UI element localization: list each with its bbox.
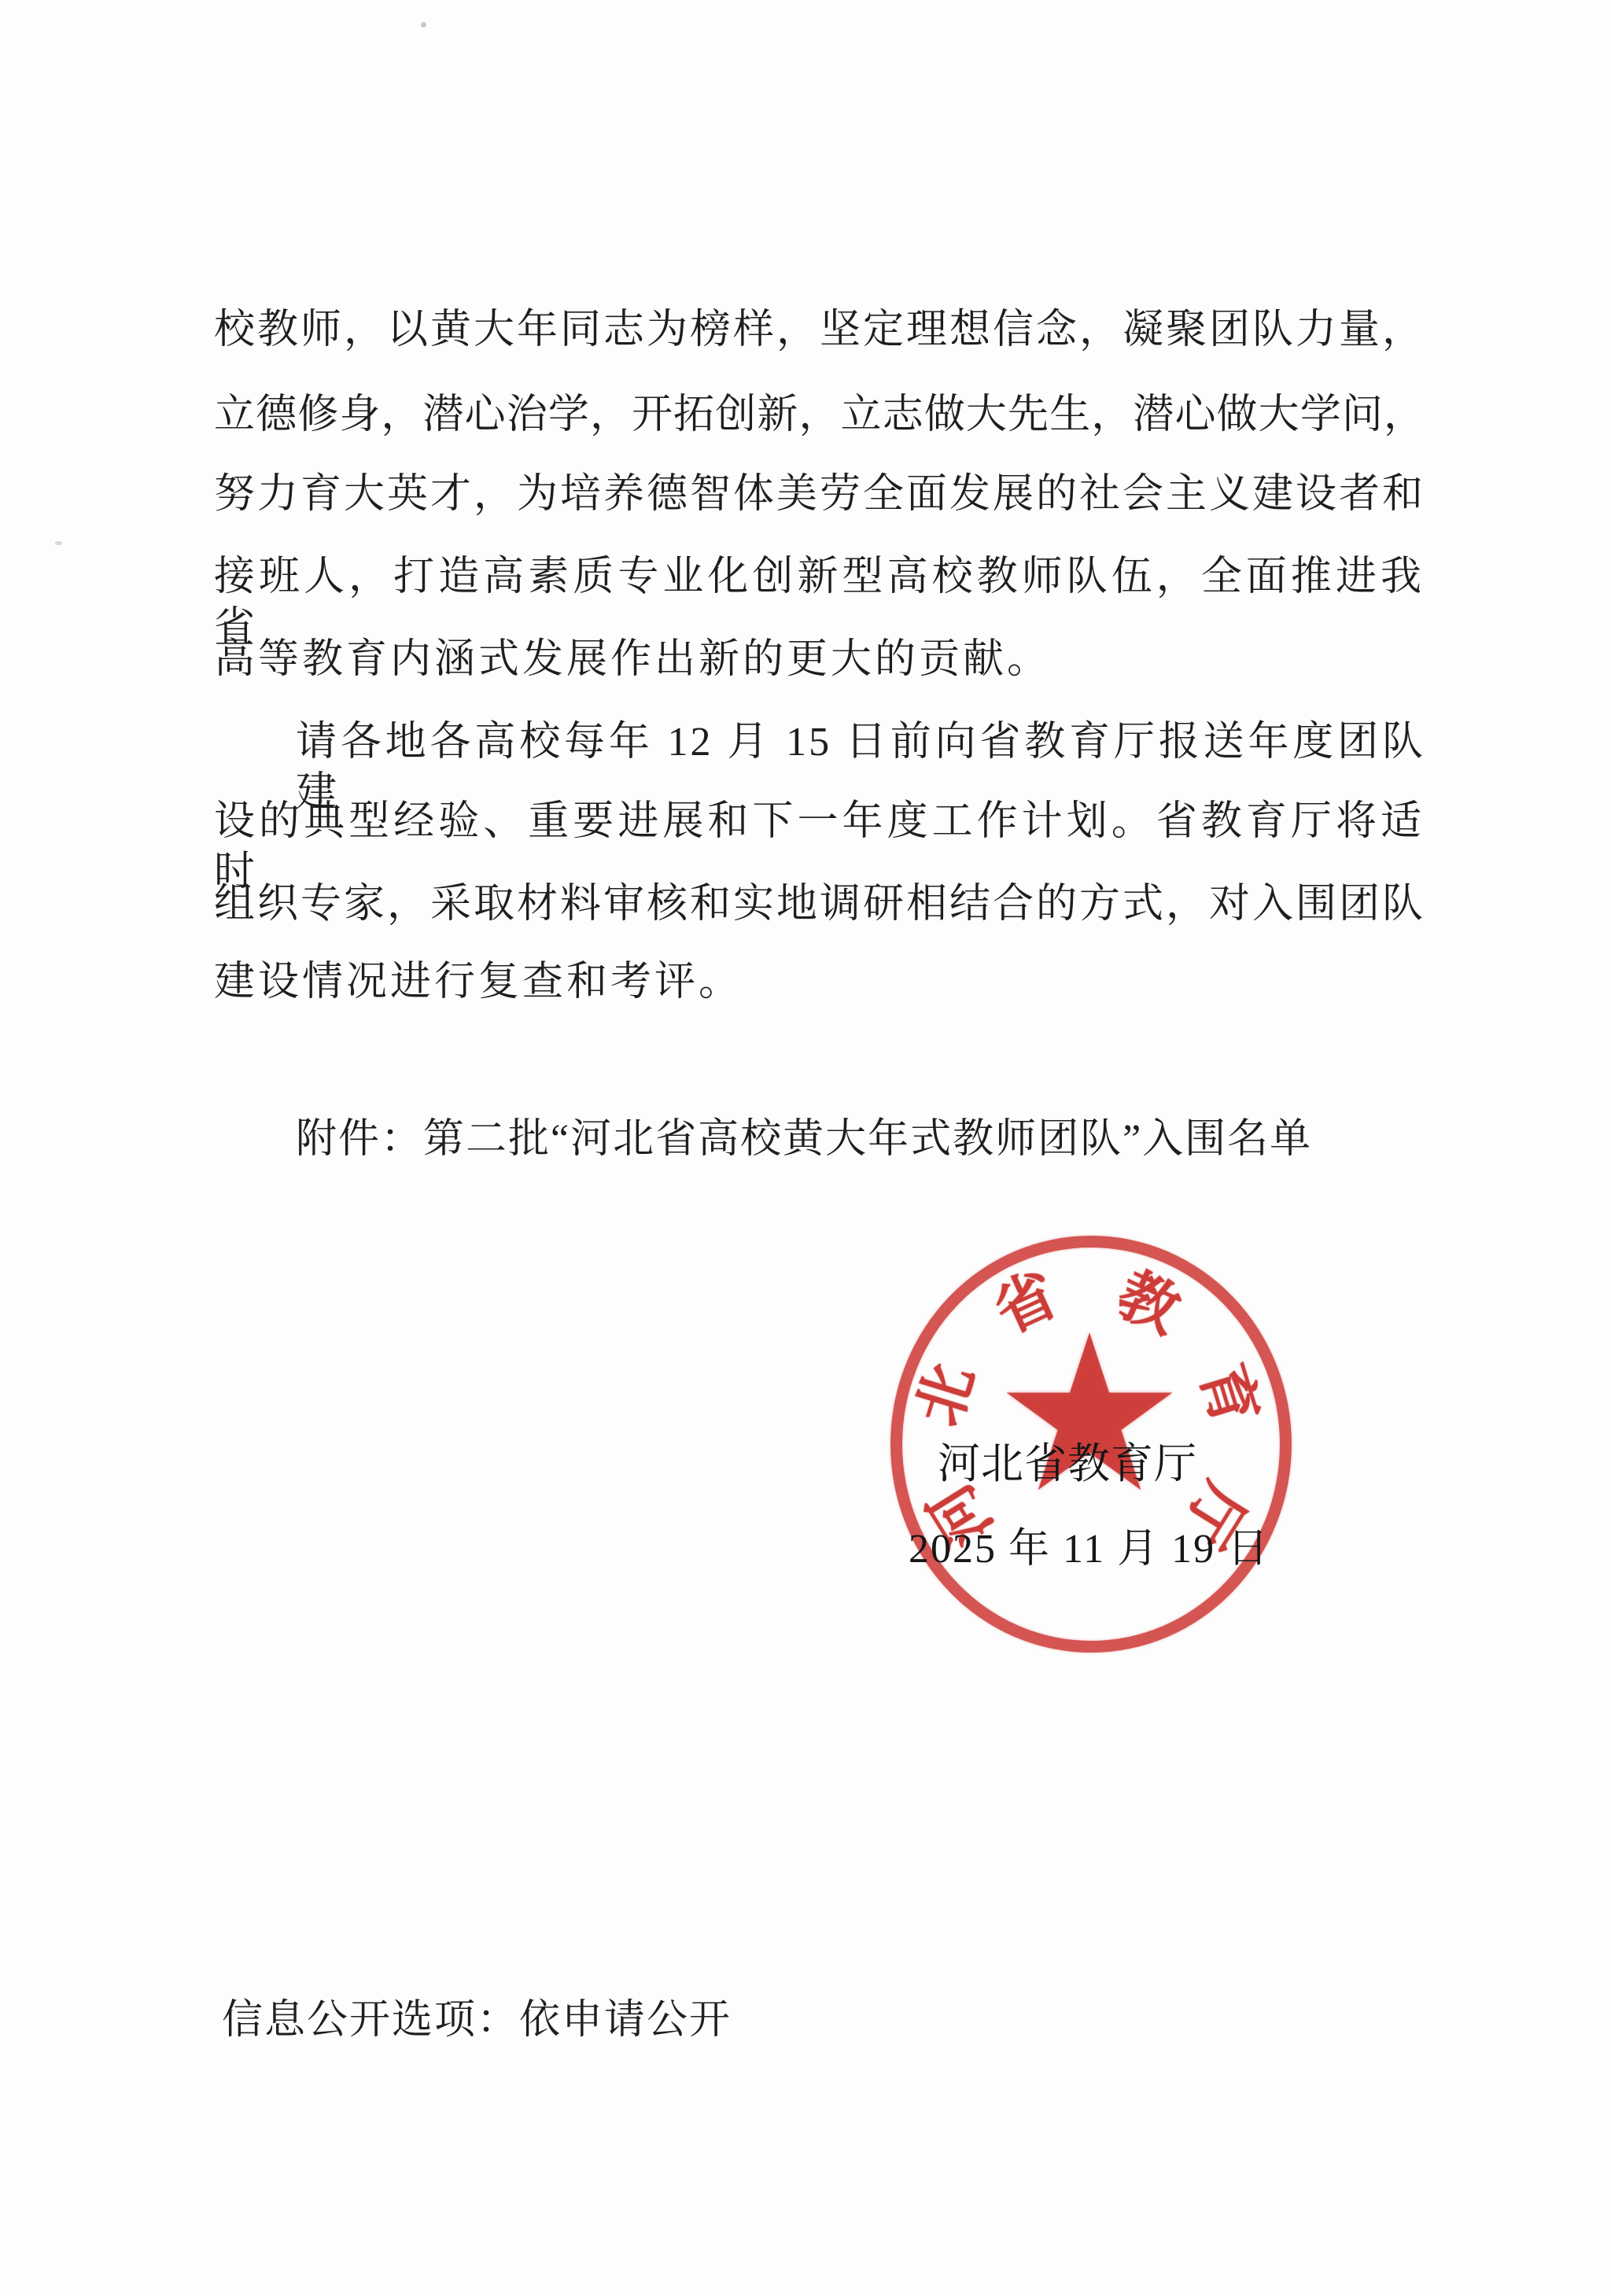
- document-page: 校教师，以黄大年同志为榜样，坚定理想信念，凝聚团队力量， 立德修身，潜心治学，开…: [0, 0, 1611, 2296]
- body-line: 高等教育内涵式发展作出新的更大的贡献。: [214, 635, 1425, 685]
- body-line: 组织专家，采取材料审核和实地调研相结合的方式，对入围团队: [214, 879, 1425, 930]
- signature-date: 2025 年 11 月 19 日: [909, 1515, 1270, 1574]
- attachment-line: 附件：第二批“河北省高校黄大年式教师团队”入围名单: [296, 1115, 1312, 1165]
- signature-agency: 河北省教育厅: [938, 1430, 1197, 1491]
- disclosure-option: 信息公开选项：依申请公开: [222, 1996, 732, 2046]
- body-line: 立德修身，潜心治学，开拓创新，立志做大先生，潜心做大学问，: [214, 390, 1425, 440]
- body-line: 努力育大英才，为培养德智体美劳全面发展的社会主义建设者和: [214, 470, 1425, 520]
- body-line: 建设情况进行复查和考评。: [214, 957, 1425, 1008]
- scan-artifact-dot: [421, 22, 426, 28]
- scan-artifact-dot: [55, 541, 62, 545]
- body-line: 校教师，以黄大年同志为榜样，坚定理想信念，凝聚团队力量，: [214, 305, 1425, 356]
